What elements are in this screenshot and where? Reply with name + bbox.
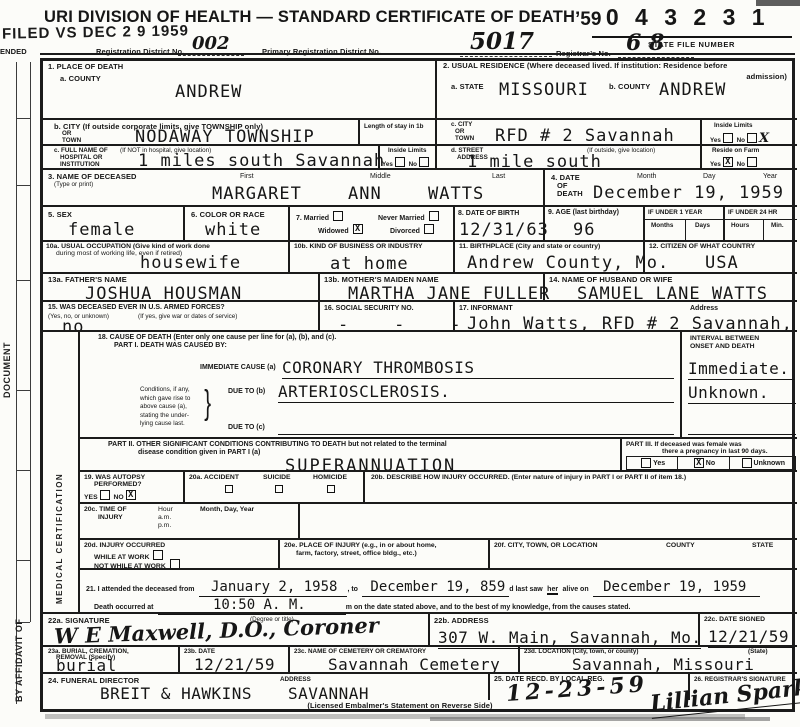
industry-value: at home xyxy=(330,256,409,273)
injury-occurred-label: 20d. INJURY OCCURRED xyxy=(84,542,165,550)
box-burial: 23a. BURIAL, CREMATION, REMOVAL (Specify… xyxy=(40,645,180,672)
box-time-of-injury: 20c. TIME OF INJURY Hour a.m. p.m. Month… xyxy=(80,502,300,538)
signer-address-label: 22b. ADDRESS xyxy=(434,616,489,625)
cemetery-location-value: Savannah, Missouri xyxy=(572,657,754,673)
box-marital-status: 7. Married Never Married Widowed X Divor… xyxy=(290,205,455,240)
box-date-of-birth: 8. DATE OF BIRTH 12/31/63 xyxy=(455,205,545,240)
state-file-number: 0 4 3 2 3 1 xyxy=(606,4,770,30)
name-last-label: Last xyxy=(492,173,505,181)
autopsy-yes: YES xyxy=(84,494,98,501)
attended-from-value: January 2, 1958 xyxy=(199,579,347,597)
how-injury-label: 20b. DESCRIBE HOW INJURY OCCURRED. (Ente… xyxy=(371,474,686,482)
file-year: ’59 xyxy=(575,9,601,30)
divorced-checkbox xyxy=(424,224,434,234)
mdy-label: Month, Day, Year xyxy=(200,506,254,514)
residence-label: 2. USUAL RESIDENCE (Where deceased lived… xyxy=(443,61,727,70)
place-injury-label-2: farm, factory, street, office bldg., etc… xyxy=(296,550,417,558)
box-cause-of-death: 18. CAUSE OF DEATH (Enter only one cause… xyxy=(40,330,797,437)
color-label: 6. COLOR OR RACE xyxy=(191,210,265,219)
conditions-line-3: above cause (a), xyxy=(140,403,190,412)
under-24hr-label: IF UNDER 24 HR xyxy=(728,209,777,216)
sex-value: female xyxy=(68,222,135,239)
margin-tick-2 xyxy=(16,185,30,186)
homicide-checkbox xyxy=(327,485,335,493)
conditions-line-4: stating the under- xyxy=(140,412,190,421)
box-place-of-injury: 20e. PLACE OF INJURY (e.g., in or about … xyxy=(280,538,490,568)
sex-label: 5. SEX xyxy=(48,210,72,219)
due-to-c-blank xyxy=(278,434,674,435)
autopsy-options: YES NOX xyxy=(84,490,138,502)
inside-limits-2-no: No xyxy=(737,137,745,144)
funeral-address-label: ADDRESS xyxy=(280,676,311,683)
inside-limits-2-yes: Yes xyxy=(710,137,721,144)
box-street-address: d. STREET ADDRESS (If outside, give loca… xyxy=(437,144,797,168)
accident-checkbox xyxy=(225,485,233,493)
informant-label: 17. INFORMANT xyxy=(459,305,513,313)
box-father: 13a. FATHER'S NAME JOSHUA HOUSMAN xyxy=(40,272,320,300)
box-autopsy: 19. WAS AUTOPSY PERFORMED? YES NOX xyxy=(80,470,185,502)
inside-limits-1-no-checkbox xyxy=(419,157,429,167)
county-value: ANDREW xyxy=(175,84,242,101)
widowed-checkbox: X xyxy=(353,224,363,234)
scan-bar-bottom-2 xyxy=(430,717,770,721)
injury-county-label: COUNTY xyxy=(666,542,695,550)
birthplace-label: 11. BIRTHPLACE (City and state or countr… xyxy=(459,243,600,251)
date-signed-label: 22c. DATE SIGNED xyxy=(704,616,765,624)
interval-b-value: Unknown. xyxy=(688,385,796,404)
due-to-b-value: ARTERIOSCLEROSIS. xyxy=(278,384,674,403)
father-label: 13a. FATHER'S NAME xyxy=(48,275,127,284)
due-to-b-label: DUE TO (b) xyxy=(228,388,265,396)
box-color-race: 6. COLOR OR RACE white xyxy=(185,205,290,240)
death-occurred-tail: m on the date stated above, and to the b… xyxy=(346,604,631,611)
margin-tick-4 xyxy=(16,390,30,391)
dob-label: 8. DATE OF BIRTH xyxy=(458,210,519,218)
margin-rule-2 xyxy=(30,62,31,622)
margin-tick-1 xyxy=(16,118,30,119)
box-city-town: b. CITY (If outside corporate limits, gi… xyxy=(40,118,437,144)
box-signature: 22a. SIGNATURE (Degree or title) W E Max… xyxy=(40,612,430,645)
marital-married: 7. Married xyxy=(296,211,345,223)
reside-on-farm-cell: Reside on Farm YesX No xyxy=(700,146,797,170)
interval-divider xyxy=(680,332,682,439)
box-place-of-death: 1. PLACE OF DEATH a. COUNTY ANDREW xyxy=(40,58,437,118)
attended-text-2: , to xyxy=(347,586,358,593)
attended-pronoun: her xyxy=(547,586,558,595)
homicide-label: HOMICIDE xyxy=(313,474,347,482)
part3-yes-checkbox xyxy=(641,458,651,468)
margin-label-document: DOCUMENT xyxy=(2,328,12,398)
marital-widowed: Widowed X xyxy=(318,224,365,236)
farm-yes: Yes xyxy=(710,161,721,168)
informant-address-label: Address xyxy=(690,305,718,313)
scan-smudge-top-right xyxy=(756,0,800,6)
county-label: a. COUNTY xyxy=(60,74,101,83)
amended-label: ENDED xyxy=(0,47,27,56)
reside-on-farm-label: Reside on Farm xyxy=(712,147,759,154)
form-top-rule xyxy=(40,53,795,55)
box-age: 9. AGE (last birthday) 96 xyxy=(545,205,645,240)
place-injury-label-1: 20e. PLACE OF INJURY (e.g., in or about … xyxy=(284,542,437,550)
under-24hr-divider xyxy=(763,219,764,242)
farm-no: No xyxy=(737,161,745,168)
box-armed-forces: 15. WAS DECEASED EVER IN U.S. ARMED FORC… xyxy=(40,300,320,330)
margin-tick-3 xyxy=(16,280,30,281)
part3-no-option: XNo xyxy=(678,457,729,469)
length-of-stay-cell: Length of stay in 1b xyxy=(358,120,437,146)
suicide-checkbox xyxy=(275,485,283,493)
box-burial-date: 23b. DATE 12/21/59 xyxy=(180,645,290,672)
dob-value: 12/31/63 xyxy=(459,222,549,239)
dod-month-label: Month xyxy=(637,173,656,181)
part3-unknown-option: Unknown xyxy=(730,457,795,469)
box-spouse: 14. NAME OF HUSBAND OR WIFE SAMUEL LANE … xyxy=(545,272,797,300)
box-occupation: 10a. USUAL OCCUPATION (Give kind of work… xyxy=(40,240,290,272)
box-res-city: c. CITY OR TOWN RFD # 2 Savannah Inside … xyxy=(437,118,797,144)
autopsy-yes-checkbox xyxy=(100,490,110,500)
dod-value: December 19, 1959 xyxy=(593,185,784,202)
box-industry: 10b. KIND OF BUSINESS OR INDUSTRY at hom… xyxy=(290,240,455,272)
state-value: MISSOURI xyxy=(499,82,589,99)
box-sex: 5. SEX female xyxy=(40,205,185,240)
interval-a-value: Immediate. xyxy=(688,361,794,380)
box-date-of-death: 4. DATE OF DEATH Month Day Year December… xyxy=(545,168,797,205)
inside-limits-1-no: No xyxy=(409,161,417,168)
armed-forces-label: 15. WAS DECEASED EVER IN U.S. ARMED FORC… xyxy=(48,304,225,312)
box-how-injury: 20b. DESCRIBE HOW INJURY OCCURRED. (Ente… xyxy=(365,470,797,502)
conditions-note: Conditions, if any, which gave rise to a… xyxy=(140,386,190,429)
under-1yr-divider xyxy=(685,219,686,242)
dod-label-3: DEATH xyxy=(557,189,583,198)
death-occurred-label: Death occurred at xyxy=(94,604,154,611)
inside-limits-2-label: Inside Limits xyxy=(714,122,753,129)
part3-yes-option: Yes xyxy=(627,457,678,469)
marital-never: Never Married xyxy=(378,211,441,223)
box-cemetery: 23c. NAME OF CEMETERY OR CREMATORY Savan… xyxy=(290,645,520,672)
box-part3: PART III. If deceased was female was the… xyxy=(620,437,797,470)
inside-limits-2-cell: Inside Limits Yes NoX xyxy=(700,120,797,146)
attended-text-4: alive on xyxy=(563,586,589,593)
conditions-line-1: Conditions, if any, xyxy=(140,386,190,395)
cemetery-value: Savannah Cemetery xyxy=(328,657,500,673)
name-first-value: MARGARET xyxy=(212,186,302,203)
pm-label: p.m. xyxy=(158,522,171,530)
immediate-cause-value: CORONARY THROMBOSIS xyxy=(282,360,674,379)
margin-tick-5 xyxy=(16,470,30,471)
box-usual-residence: 2. USUAL RESIDENCE (Where deceased lived… xyxy=(437,58,797,118)
box-cemetery-location: 23d. LOCATION (City, town, or county) (S… xyxy=(520,645,797,672)
name-sub: (Type or print) xyxy=(54,181,93,188)
interval-c-blank xyxy=(688,434,796,435)
interval-label-2: ONSET AND DEATH xyxy=(690,343,755,351)
immediate-cause-label: IMMEDIATE CAUSE (a) xyxy=(200,364,276,372)
part3-no-checkbox: X xyxy=(694,458,704,468)
death-certificate-scan: URI DIVISION OF HEALTH — STANDARD CERTIF… xyxy=(0,0,800,727)
due-to-c-label: DUE TO (c) xyxy=(228,424,265,432)
under-1yr-label: IF UNDER 1 YEAR xyxy=(648,209,702,216)
autopsy-no: NO xyxy=(114,494,124,501)
hours-label: Hours xyxy=(731,222,749,229)
farm-yes-checkbox: X xyxy=(723,157,733,167)
ssn-label: 16. SOCIAL SECURITY NO. xyxy=(324,305,414,313)
box-funeral-director: 24. FUNERAL DIRECTOR ADDRESS BREIT & HAW… xyxy=(40,672,490,700)
reside-on-farm-options: YesX No xyxy=(710,157,759,168)
mother-label: 13b. MOTHER'S MAIDEN NAME xyxy=(324,275,439,284)
res-city-town: TOWN xyxy=(455,135,474,142)
box-hospital: c. FULL NAME OF (If NOT in hospital, giv… xyxy=(40,144,437,168)
attended-text-3: d last saw xyxy=(509,586,542,593)
industry-label: 10b. KIND OF BUSINESS OR INDUSTRY xyxy=(294,243,423,251)
name-middle-label: Middle xyxy=(370,173,391,181)
box-under-1-year: IF UNDER 1 YEAR Months Days xyxy=(645,205,725,240)
funeral-address-value: SAVANNAH xyxy=(288,686,369,702)
box-part2: PART II. OTHER SIGNIFICANT CONDITIONS CO… xyxy=(80,437,620,470)
under-24hr-rule xyxy=(725,219,797,220)
funeral-director-value: BREIT & HAWKINS xyxy=(100,686,252,702)
attended-to-value: December 19, 859 xyxy=(362,579,509,597)
inside-limits-1-options: Yes No xyxy=(382,157,431,168)
box-signer-address: 22b. ADDRESS 307 W. Main, Savannah, Mo. xyxy=(430,612,700,645)
attended-text-1: 21. I attended the deceased from xyxy=(86,586,195,593)
armed-forces-note-2: (If yes, give war or dates of service) xyxy=(138,313,237,320)
farm-no-checkbox xyxy=(747,157,757,167)
state-label: a. STATE xyxy=(451,82,484,91)
interval-label-1: INTERVAL BETWEEN xyxy=(690,335,759,343)
margin-label-by-affidavit: BY AFFIDAVIT OF xyxy=(14,552,24,702)
injury-state-label: STATE xyxy=(752,542,773,550)
box-mother: 13b. MOTHER'S MAIDEN NAME MARTHA JANE FU… xyxy=(320,272,545,300)
box-citizen: 12. CITIZEN OF WHAT COUNTRY USA xyxy=(645,240,797,272)
name-first-label: First xyxy=(240,173,254,181)
conditions-line-5: lying cause last. xyxy=(140,420,190,429)
box-accident-suicide-homicide: 20a. ACCIDENT SUICIDE HOMICIDE xyxy=(185,470,365,502)
name-middle-value: ANN xyxy=(348,186,382,203)
res-city-value: RFD # 2 Savannah xyxy=(495,128,675,145)
accident-label: 20a. ACCIDENT xyxy=(189,474,239,482)
married-checkbox xyxy=(333,211,343,221)
conditions-line-2: which gave rise to xyxy=(140,395,190,404)
box-injury-at-work: 20d. INJURY OCCURRED WHILE AT WORK NOT W… xyxy=(80,538,280,568)
autopsy-label-2: PERFORMED? xyxy=(94,481,142,489)
box-name-of-deceased: 3. NAME OF DECEASED (Type or print) Firs… xyxy=(40,168,545,205)
am-label: a.m. xyxy=(158,514,171,522)
box-time-of-injury-blank xyxy=(300,502,797,538)
box-registrar-signature: 26. REGISTRAR'S SIGNATURE Lillian Sparks xyxy=(690,672,797,700)
conditions-brace: } xyxy=(204,384,211,423)
box-attended: 21. I attended the deceased from January… xyxy=(80,568,797,612)
injury-city-label: 20f. CITY, TOWN, OR LOCATION xyxy=(494,542,598,550)
marital-divorced: Divorced xyxy=(390,224,436,236)
length-of-stay-label: Length of stay in 1b xyxy=(364,123,423,130)
inside-limits-2-no-checkbox xyxy=(747,133,757,143)
time-injury-label-2: INJURY xyxy=(98,514,123,522)
part3-unknown-checkbox xyxy=(742,458,752,468)
box-ssn: 16. SOCIAL SECURITY NO. - - - xyxy=(320,300,455,330)
days-label: Days xyxy=(695,222,710,229)
birthplace-value: Andrew County, Mo. xyxy=(467,255,669,272)
inside-limits-2-yes-checkbox xyxy=(723,133,733,143)
time-injury-label-1: 20c. TIME OF xyxy=(84,506,127,514)
part2-label-2: disease condition given in PART I (a) xyxy=(138,449,260,457)
citizen-value: USA xyxy=(705,255,739,272)
inside-limits-1-yes: Yes xyxy=(382,161,393,168)
box-informant: 17. INFORMANT Address John Watts, RFD # … xyxy=(455,300,797,330)
box-birthplace: 11. BIRTHPLACE (City and state or countr… xyxy=(455,240,645,272)
citizen-label: 12. CITIZEN OF WHAT COUNTRY xyxy=(649,243,755,251)
min-label: Min. xyxy=(771,222,784,229)
box-injury-location: 20f. CITY, TOWN, OR LOCATION COUNTY STAT… xyxy=(490,538,797,568)
inside-limits-1-cell: Inside Limits Yes No xyxy=(378,146,437,170)
name-last-value: WATTS xyxy=(428,186,484,203)
attended-line-1: 21. I attended the deceased from January… xyxy=(86,578,760,596)
age-label: 9. AGE (last birthday) xyxy=(548,209,619,217)
residence-label-2: admission) xyxy=(746,72,787,81)
suicide-label: SUICIDE xyxy=(263,474,291,482)
occupation-value: housewife xyxy=(140,255,241,272)
burial-date-value: 12/21/59 xyxy=(194,657,275,673)
filed-stamp: FILED VS DEC 2 9 1959 xyxy=(2,22,189,42)
res-county-value: ANDREW xyxy=(659,82,726,99)
box-date-signed: 22c. DATE SIGNED 12/21/59 xyxy=(700,612,797,645)
spouse-label: 14. NAME OF HUSBAND OR WIFE xyxy=(549,275,673,284)
dod-year-label: Year xyxy=(763,173,777,181)
last-alive-value: December 19, 1959 xyxy=(593,579,760,597)
box-under-24hr: IF UNDER 24 HR Hours Min. xyxy=(725,205,797,240)
autopsy-no-checkbox: X xyxy=(126,490,136,500)
name-label: 3. NAME OF DECEASED xyxy=(48,172,137,181)
age-value: 96 xyxy=(573,222,595,239)
color-value: white xyxy=(205,222,261,239)
inside-limits-1-yes-checkbox xyxy=(395,157,405,167)
hour-label: Hour xyxy=(158,506,173,514)
inside-limits-1-label: Inside Limits xyxy=(388,147,427,154)
never-married-checkbox xyxy=(429,211,439,221)
part3-options: Yes XNo Unknown xyxy=(626,456,796,470)
months-label: Months xyxy=(651,222,673,229)
dod-day-label: Day xyxy=(703,173,715,181)
place-of-death-label: 1. PLACE OF DEATH xyxy=(48,62,123,71)
part1-label: PART I. DEATH WAS CAUSED BY: xyxy=(114,342,227,350)
res-county-label: b. COUNTY xyxy=(609,82,650,91)
part3-label-2: there a pregnancy in last 90 days. xyxy=(662,448,768,456)
embalmer-note: (Licensed Embalmer's Statement on Revers… xyxy=(0,701,800,710)
